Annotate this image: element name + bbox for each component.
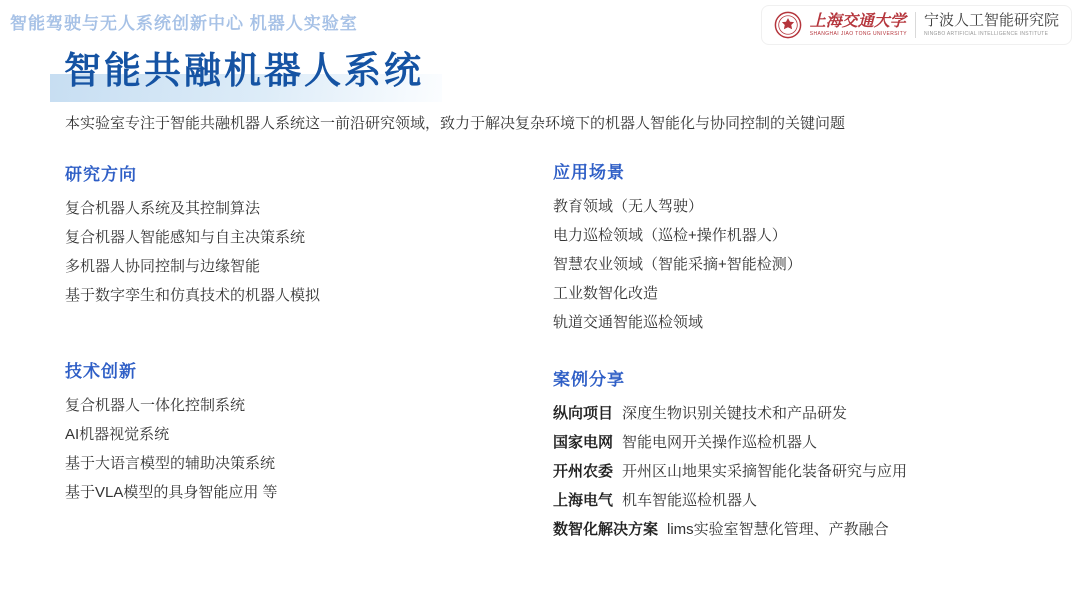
- case-item: 上海电气机车智能巡检机器人: [553, 486, 1053, 515]
- list-item: 电力巡检领域（巡检+操作机器人）: [553, 221, 1053, 250]
- list-item: 复合机器人系统及其控制算法: [65, 194, 515, 223]
- list-item: 工业数智化改造: [553, 279, 1053, 308]
- case-item: 纵向项目深度生物识别关键技术和产品研发: [553, 399, 1053, 428]
- list-item: AI机器视觉系统: [65, 420, 515, 449]
- university-name-en: SHANGHAI JIAO TONG UNIVERSITY: [810, 31, 907, 37]
- institute-block: 宁波人工智能研究院 NINGBO ARTIFICIAL INTELLIGENCE…: [924, 13, 1059, 38]
- case-description: 开州区山地果实采摘智能化装备研究与应用: [622, 463, 907, 480]
- institute-name-cn: 宁波人工智能研究院: [924, 13, 1059, 30]
- section-heading-cases: 案例分享: [553, 365, 1053, 390]
- case-item: 国家电网智能电网开关操作巡检机器人: [553, 428, 1053, 457]
- sjtu-seal-icon: [774, 11, 802, 39]
- logo-lockup: 上海交通大学 SHANGHAI JIAO TONG UNIVERSITY 宁波人…: [761, 5, 1072, 45]
- case-client: 国家电网: [553, 434, 613, 451]
- section-heading-applications: 应用场景: [553, 158, 1053, 183]
- right-column: 应用场景 教育领域（无人驾驶） 电力巡检领域（巡检+操作机器人） 智慧农业领域（…: [553, 158, 1053, 544]
- case-item: 开州农委开州区山地果实采摘智能化装备研究与应用: [553, 457, 1053, 486]
- case-client: 纵向项目: [553, 405, 613, 422]
- header-org-title: 智能驾驶与无人系统创新中心 机器人实验室: [10, 9, 358, 34]
- left-column: 研究方向 复合机器人系统及其控制算法 复合机器人智能感知与自主决策系统 多机器人…: [65, 160, 515, 507]
- section-applications: 应用场景 教育领域（无人驾驶） 电力巡检领域（巡检+操作机器人） 智慧农业领域（…: [553, 158, 1053, 337]
- list-item: 多机器人协同控制与边缘智能: [65, 252, 515, 281]
- list-item: 基于数字孪生和仿真技术的机器人模拟: [65, 281, 515, 310]
- slide: 智能驾驶与无人系统创新中心 机器人实验室 上海交通大学 SHANGHAI JIA…: [0, 0, 1080, 607]
- list-item: 基于大语言模型的辅助决策系统: [65, 449, 515, 478]
- section-heading-research: 研究方向: [65, 160, 515, 185]
- case-client: 数智化解决方案: [553, 521, 658, 538]
- institute-name-en: NINGBO ARTIFICIAL INTELLIGENCE INSTITUTE: [924, 31, 1059, 37]
- section-heading-innovation: 技术创新: [65, 357, 515, 382]
- section-research: 研究方向 复合机器人系统及其控制算法 复合机器人智能感知与自主决策系统 多机器人…: [65, 160, 515, 310]
- page-title: 智能共融机器人系统: [64, 50, 424, 92]
- university-block: 上海交通大学 SHANGHAI JIAO TONG UNIVERSITY: [810, 13, 907, 37]
- list-item: 教育领域（无人驾驶）: [553, 192, 1053, 221]
- section-cases: 案例分享 纵向项目深度生物识别关键技术和产品研发 国家电网智能电网开关操作巡检机…: [553, 365, 1053, 544]
- section-innovation: 技术创新 复合机器人一体化控制系统 AI机器视觉系统 基于大语言模型的辅助决策系…: [65, 357, 515, 507]
- case-client: 开州农委: [553, 463, 613, 480]
- case-description: 智能电网开关操作巡检机器人: [622, 434, 817, 451]
- subtitle: 本实验室专注于智能共融机器人系统这一前沿研究领域，致力于解决复杂环境下的机器人智…: [65, 113, 845, 135]
- case-description: lims实验室智慧化管理、产教融合: [667, 521, 889, 538]
- list-item: 基于VLA模型的具身智能应用 等: [65, 478, 515, 507]
- logo-divider: [915, 12, 916, 38]
- case-description: 深度生物识别关键技术和产品研发: [622, 405, 847, 422]
- list-item: 复合机器人一体化控制系统: [65, 391, 515, 420]
- case-client: 上海电气: [553, 492, 613, 509]
- list-item: 复合机器人智能感知与自主决策系统: [65, 223, 515, 252]
- case-description: 机车智能巡检机器人: [622, 492, 757, 509]
- list-item: 轨道交通智能巡检领域: [553, 308, 1053, 337]
- list-item: 智慧农业领域（智能采摘+智能检测）: [553, 250, 1053, 279]
- case-item: 数智化解决方案lims实验室智慧化管理、产教融合: [553, 515, 1053, 544]
- university-name-cn: 上海交通大学: [810, 13, 907, 29]
